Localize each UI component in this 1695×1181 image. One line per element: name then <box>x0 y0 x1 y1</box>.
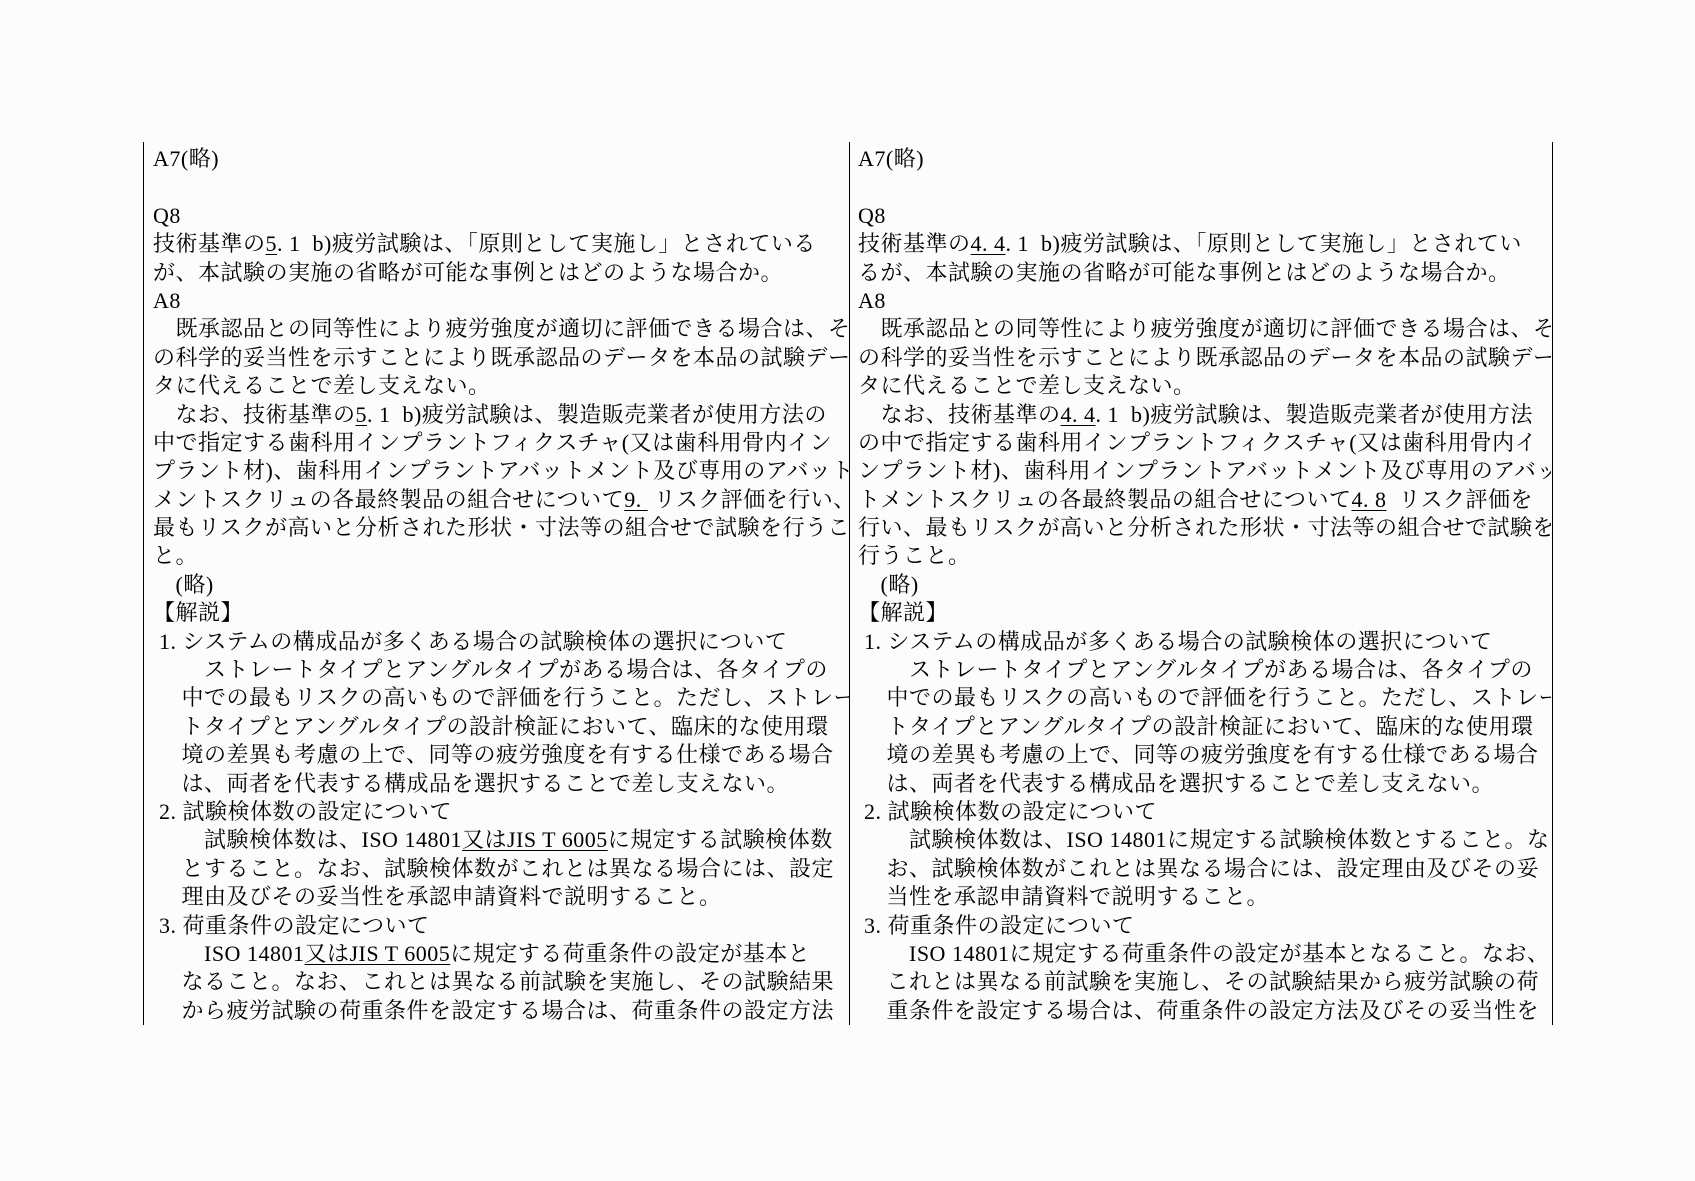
text-segment: . 1 b)疲労試験は、製造販売業者が使用方法の <box>367 402 827 427</box>
text-line: 試験検体数は、ISO 14801又はJIS T 6005に規定する試験検体数 <box>153 826 849 854</box>
text-segment: は、両者を代表する構成品を選択することで差し支えない。 <box>153 771 789 796</box>
text-line: (略) <box>153 571 849 599</box>
text-segment: 中での最もリスクの高いもので評価を行うこと。ただし、ストレー <box>858 685 1551 710</box>
revision-underline: 4. 4 <box>971 231 1006 256</box>
text-line: ISO 14801に規定する荷重条件の設定が基本となること。なお、 <box>858 940 1551 968</box>
text-segment: 試験検体数は、ISO 14801 <box>153 827 462 852</box>
text-segment: . 1 b)疲労試験は、「原則として実施し」とされている <box>277 231 816 256</box>
text-line: なお、技術基準の5. 1 b)疲労試験は、製造販売業者が使用方法の <box>153 401 849 429</box>
text-line: 行うこと。 <box>858 542 1551 570</box>
text-line: 当性を承認申請資料で説明すること。 <box>858 883 1551 911</box>
text-line: 試験検体数は、ISO 14801に規定する試験検体数とすること。な <box>858 826 1551 854</box>
text-line: が、本試験の実施の省略が可能な事例とはどのような場合か。 <box>153 259 849 287</box>
text-line: A7(略) <box>858 145 1551 173</box>
text-segment: ISO 14801に規定する荷重条件の設定が基本となること。なお、 <box>858 941 1549 966</box>
text-line: 2. 試験検体数の設定について <box>858 798 1551 826</box>
text-segment: . 1 b)疲労試験は、製造販売業者が使用方法 <box>1096 402 1533 427</box>
text-line: ストレートタイプとアングルタイプがある場合は、各タイプの <box>858 656 1551 684</box>
text-segment: は、両者を代表する構成品を選択することで差し支えない。 <box>858 771 1494 796</box>
column-right: A7(略) Q8技術基準の4. 4. 1 b)疲労試験は、「原則として実施し」と… <box>850 142 1551 1025</box>
text-segment: るが、本試験の実施の省略が可能な事例とはどのような場合か。 <box>858 260 1511 285</box>
text-line: 境の差異も考慮の上で、同等の疲労強度を有する仕様である場合 <box>153 741 849 769</box>
revision-underline: 5 <box>266 231 278 256</box>
text-line: 境の差異も考慮の上で、同等の疲労強度を有する仕様である場合 <box>858 741 1551 769</box>
text-line: お、試験検体数がこれとは異なる場合には、設定理由及びその妥 <box>858 855 1551 883</box>
text-segment: トメントスクリュの各最終製品の組合せについて <box>858 487 1351 512</box>
text-line: 技術基準の4. 4. 1 b)疲労試験は、「原則として実施し」とされてい <box>858 230 1551 258</box>
text-segment: ストレートタイプとアングルタイプがある場合は、各タイプの <box>153 657 828 682</box>
text-segment: Q8 <box>153 203 181 228</box>
text-segment: 【解説】 <box>858 600 948 625</box>
text-line: プラント材)、歯科用インプラントアバットメント及び専用のアバット <box>153 457 849 485</box>
text-segment: 3. 荷重条件の設定について <box>858 913 1135 938</box>
text-segment: 境の差異も考慮の上で、同等の疲労強度を有する仕様である場合 <box>153 742 834 767</box>
text-segment: とすること。なお、試験検体数がこれとは異なる場合には、設定 <box>153 856 834 881</box>
revision-underline: 4. 4 <box>1061 402 1096 427</box>
text-segment: の科学的妥当性を示すことにより既承認品のデータを本品の試験デー <box>153 345 850 370</box>
text-line: A8 <box>153 287 849 315</box>
text-segment: タに代えることで差し支えない。 <box>153 373 491 398</box>
text-segment: A8 <box>153 288 181 313</box>
text-line: 【解説】 <box>153 599 849 627</box>
text-segment: 重条件を設定する場合は、荷重条件の設定方法及びその妥当性を <box>858 998 1539 1023</box>
text-line: 中での最もリスクの高いもので評価を行うこと。ただし、ストレー <box>153 684 849 712</box>
text-line: トメントスクリュの各最終製品の組合せについて4. 8 リスク評価を <box>858 486 1551 514</box>
text-segment: なお、技術基準の <box>153 402 356 427</box>
text-line <box>153 173 849 201</box>
text-line: るが、本試験の実施の省略が可能な事例とはどのような場合か。 <box>858 259 1551 287</box>
text-line: Q8 <box>858 202 1551 230</box>
text-segment: リスク評価を行い、 <box>648 487 850 512</box>
text-segment: 行うこと。 <box>858 543 971 568</box>
text-line: から疲労試験の荷重条件を設定する場合は、荷重条件の設定方法 <box>153 997 849 1025</box>
text-segment: プラント材)、歯科用インプラントアバットメント及び専用のアバット <box>153 458 850 483</box>
text-segment: と。 <box>153 543 198 568</box>
text-segment: トタイプとアングルタイプの設計検証において、臨床的な使用環 <box>858 714 1534 739</box>
text-segment: なお、技術基準の <box>858 402 1061 427</box>
text-segment: 2. 試験検体数の設定について <box>858 799 1157 824</box>
comparison-table: A7(略) Q8技術基準の5. 1 b)疲労試験は、「原則として実施し」とされて… <box>143 142 1553 1025</box>
text-line: A8 <box>858 287 1551 315</box>
text-line: メントスクリュの各最終製品の組合せについて9. リスク評価を行い、 <box>153 486 849 514</box>
revision-underline: 9. <box>624 487 648 512</box>
document-page: A7(略) Q8技術基準の5. 1 b)疲労試験は、「原則として実施し」とされて… <box>0 0 1695 1181</box>
text-line: A7(略) <box>153 145 849 173</box>
text-line: Q8 <box>153 202 849 230</box>
text-segment: 既承認品との同等性により疲労強度が適切に評価できる場合は、そ <box>858 316 1551 341</box>
text-line: なること。なお、これとは異なる前試験を実施し、その試験結果 <box>153 968 849 996</box>
text-line: は、両者を代表する構成品を選択することで差し支えない。 <box>858 770 1551 798</box>
text-line: トタイプとアングルタイプの設計検証において、臨床的な使用環 <box>153 713 849 741</box>
text-line <box>858 173 1551 201</box>
text-line: タに代えることで差し支えない。 <box>858 372 1551 400</box>
text-segment: 試験検体数は、ISO 14801に規定する試験検体数とすること。な <box>858 827 1549 852</box>
text-segment: 1. システムの構成品が多くある場合の試験検体の選択について <box>153 629 787 654</box>
text-segment: リスク評価を <box>1386 487 1533 512</box>
text-segment: 1. システムの構成品が多くある場合の試験検体の選択について <box>858 629 1492 654</box>
text-segment: 中で指定する歯科用インプラントフィクスチャ(又は歯科用骨内イン <box>153 430 832 455</box>
text-segment: 【解説】 <box>153 600 243 625</box>
text-line: 既承認品との同等性により疲労強度が適切に評価できる場合は、そ <box>858 315 1551 343</box>
text-line: トタイプとアングルタイプの設計検証において、臨床的な使用環 <box>858 713 1551 741</box>
text-segment: 当性を承認申請資料で説明すること。 <box>858 884 1269 909</box>
text-line: タに代えることで差し支えない。 <box>153 372 849 400</box>
text-line: ンプラント材)、歯科用インプラントアバットメント及び専用のアバッ <box>858 457 1551 485</box>
text-line: 重条件を設定する場合は、荷重条件の設定方法及びその妥当性を <box>858 997 1551 1025</box>
text-line: (略) <box>858 571 1551 599</box>
text-segment: (略) <box>153 572 214 597</box>
text-line: 行い、最もリスクが高いと分析された形状・寸法等の組合せで試験を <box>858 514 1551 542</box>
text-line: 理由及びその妥当性を承認申請資料で説明すること。 <box>153 883 849 911</box>
text-segment: . 1 b)疲労試験は、「原則として実施し」とされてい <box>1006 231 1522 256</box>
text-segment: タに代えることで差し支えない。 <box>858 373 1196 398</box>
text-segment: Q8 <box>858 203 886 228</box>
text-segment: 2. 試験検体数の設定について <box>153 799 452 824</box>
text-segment: ストレートタイプとアングルタイプがある場合は、各タイプの <box>858 657 1533 682</box>
text-segment: トタイプとアングルタイプの設計検証において、臨床的な使用環 <box>153 714 829 739</box>
revision-underline: 4. 8 <box>1351 487 1386 512</box>
text-segment: メントスクリュの各最終製品の組合せについて <box>153 487 624 512</box>
text-segment: 中での最もリスクの高いもので評価を行うこと。ただし、ストレー <box>153 685 850 710</box>
text-segment: ンプラント材)、歯科用インプラントアバットメント及び専用のアバッ <box>858 458 1551 483</box>
text-segment: A7(略) <box>153 146 219 171</box>
text-line: 中で指定する歯科用インプラントフィクスチャ(又は歯科用骨内イン <box>153 429 849 457</box>
text-segment: ISO 14801 <box>153 941 304 966</box>
revision-underline: 5 <box>356 402 368 427</box>
text-segment: から疲労試験の荷重条件を設定する場合は、荷重条件の設定方法 <box>153 998 834 1023</box>
text-line: 最もリスクが高いと分析された形状・寸法等の組合せで試験を行うこ <box>153 514 849 542</box>
text-segment: が、本試験の実施の省略が可能な事例とはどのような場合か。 <box>153 260 783 285</box>
text-line: とすること。なお、試験検体数がこれとは異なる場合には、設定 <box>153 855 849 883</box>
text-line: 1. システムの構成品が多くある場合の試験検体の選択について <box>153 628 849 656</box>
text-segment: の中で指定する歯科用インプラントフィクスチャ(又は歯科用骨内イ <box>858 430 1537 455</box>
text-line: 中での最もリスクの高いもので評価を行うこと。ただし、ストレー <box>858 684 1551 712</box>
text-line: これとは異なる前試験を実施し、その試験結果から疲労試験の荷 <box>858 968 1551 996</box>
text-segment: 行い、最もリスクが高いと分析された形状・寸法等の組合せで試験を <box>858 515 1551 540</box>
text-line: 技術基準の5. 1 b)疲労試験は、「原則として実施し」とされている <box>153 230 849 258</box>
text-line: 3. 荷重条件の設定について <box>858 912 1551 940</box>
text-segment: 最もリスクが高いと分析された形状・寸法等の組合せで試験を行うこ <box>153 515 850 540</box>
text-line: の科学的妥当性を示すことにより既承認品のデータを本品の試験デー <box>858 344 1551 372</box>
text-segment: 技術基準の <box>153 231 266 256</box>
text-segment: 技術基準の <box>858 231 971 256</box>
text-line: と。 <box>153 542 849 570</box>
text-line: なお、技術基準の4. 4. 1 b)疲労試験は、製造販売業者が使用方法 <box>858 401 1551 429</box>
text-line: の科学的妥当性を示すことにより既承認品のデータを本品の試験デー <box>153 344 849 372</box>
text-segment: 既承認品との同等性により疲労強度が適切に評価できる場合は、そ <box>153 316 850 341</box>
text-segment: 境の差異も考慮の上で、同等の疲労強度を有する仕様である場合 <box>858 742 1539 767</box>
text-line: ストレートタイプとアングルタイプがある場合は、各タイプの <box>153 656 849 684</box>
text-line: は、両者を代表する構成品を選択することで差し支えない。 <box>153 770 849 798</box>
text-line: の中で指定する歯科用インプラントフィクスチャ(又は歯科用骨内イ <box>858 429 1551 457</box>
text-segment: 3. 荷重条件の設定について <box>153 913 430 938</box>
text-segment: A7(略) <box>858 146 924 171</box>
text-segment: お、試験検体数がこれとは異なる場合には、設定理由及びその妥 <box>858 856 1539 881</box>
text-segment: なること。なお、これとは異なる前試験を実施し、その試験結果 <box>153 969 834 994</box>
text-segment: に規定する荷重条件の設定が基本と <box>450 941 810 966</box>
text-line: 2. 試験検体数の設定について <box>153 798 849 826</box>
text-line: 3. 荷重条件の設定について <box>153 912 849 940</box>
text-segment: これとは異なる前試験を実施し、その試験結果から疲労試験の荷 <box>858 969 1539 994</box>
text-line: 1. システムの構成品が多くある場合の試験検体の選択について <box>858 628 1551 656</box>
revision-underline: 又はJIS T 6005 <box>462 827 608 852</box>
text-segment: 理由及びその妥当性を承認申請資料で説明すること。 <box>153 884 722 909</box>
text-line: 既承認品との同等性により疲労強度が適切に評価できる場合は、そ <box>153 315 849 343</box>
text-segment: A8 <box>858 288 886 313</box>
text-line: ISO 14801又はJIS T 6005に規定する荷重条件の設定が基本と <box>153 940 849 968</box>
text-segment: の科学的妥当性を示すことにより既承認品のデータを本品の試験デー <box>858 345 1551 370</box>
text-line: 【解説】 <box>858 599 1551 627</box>
column-left: A7(略) Q8技術基準の5. 1 b)疲労試験は、「原則として実施し」とされて… <box>144 142 850 1025</box>
text-segment: (略) <box>858 572 919 597</box>
text-segment: に規定する試験検体数 <box>608 827 833 852</box>
revision-underline: 又はJIS T 6005 <box>304 941 450 966</box>
